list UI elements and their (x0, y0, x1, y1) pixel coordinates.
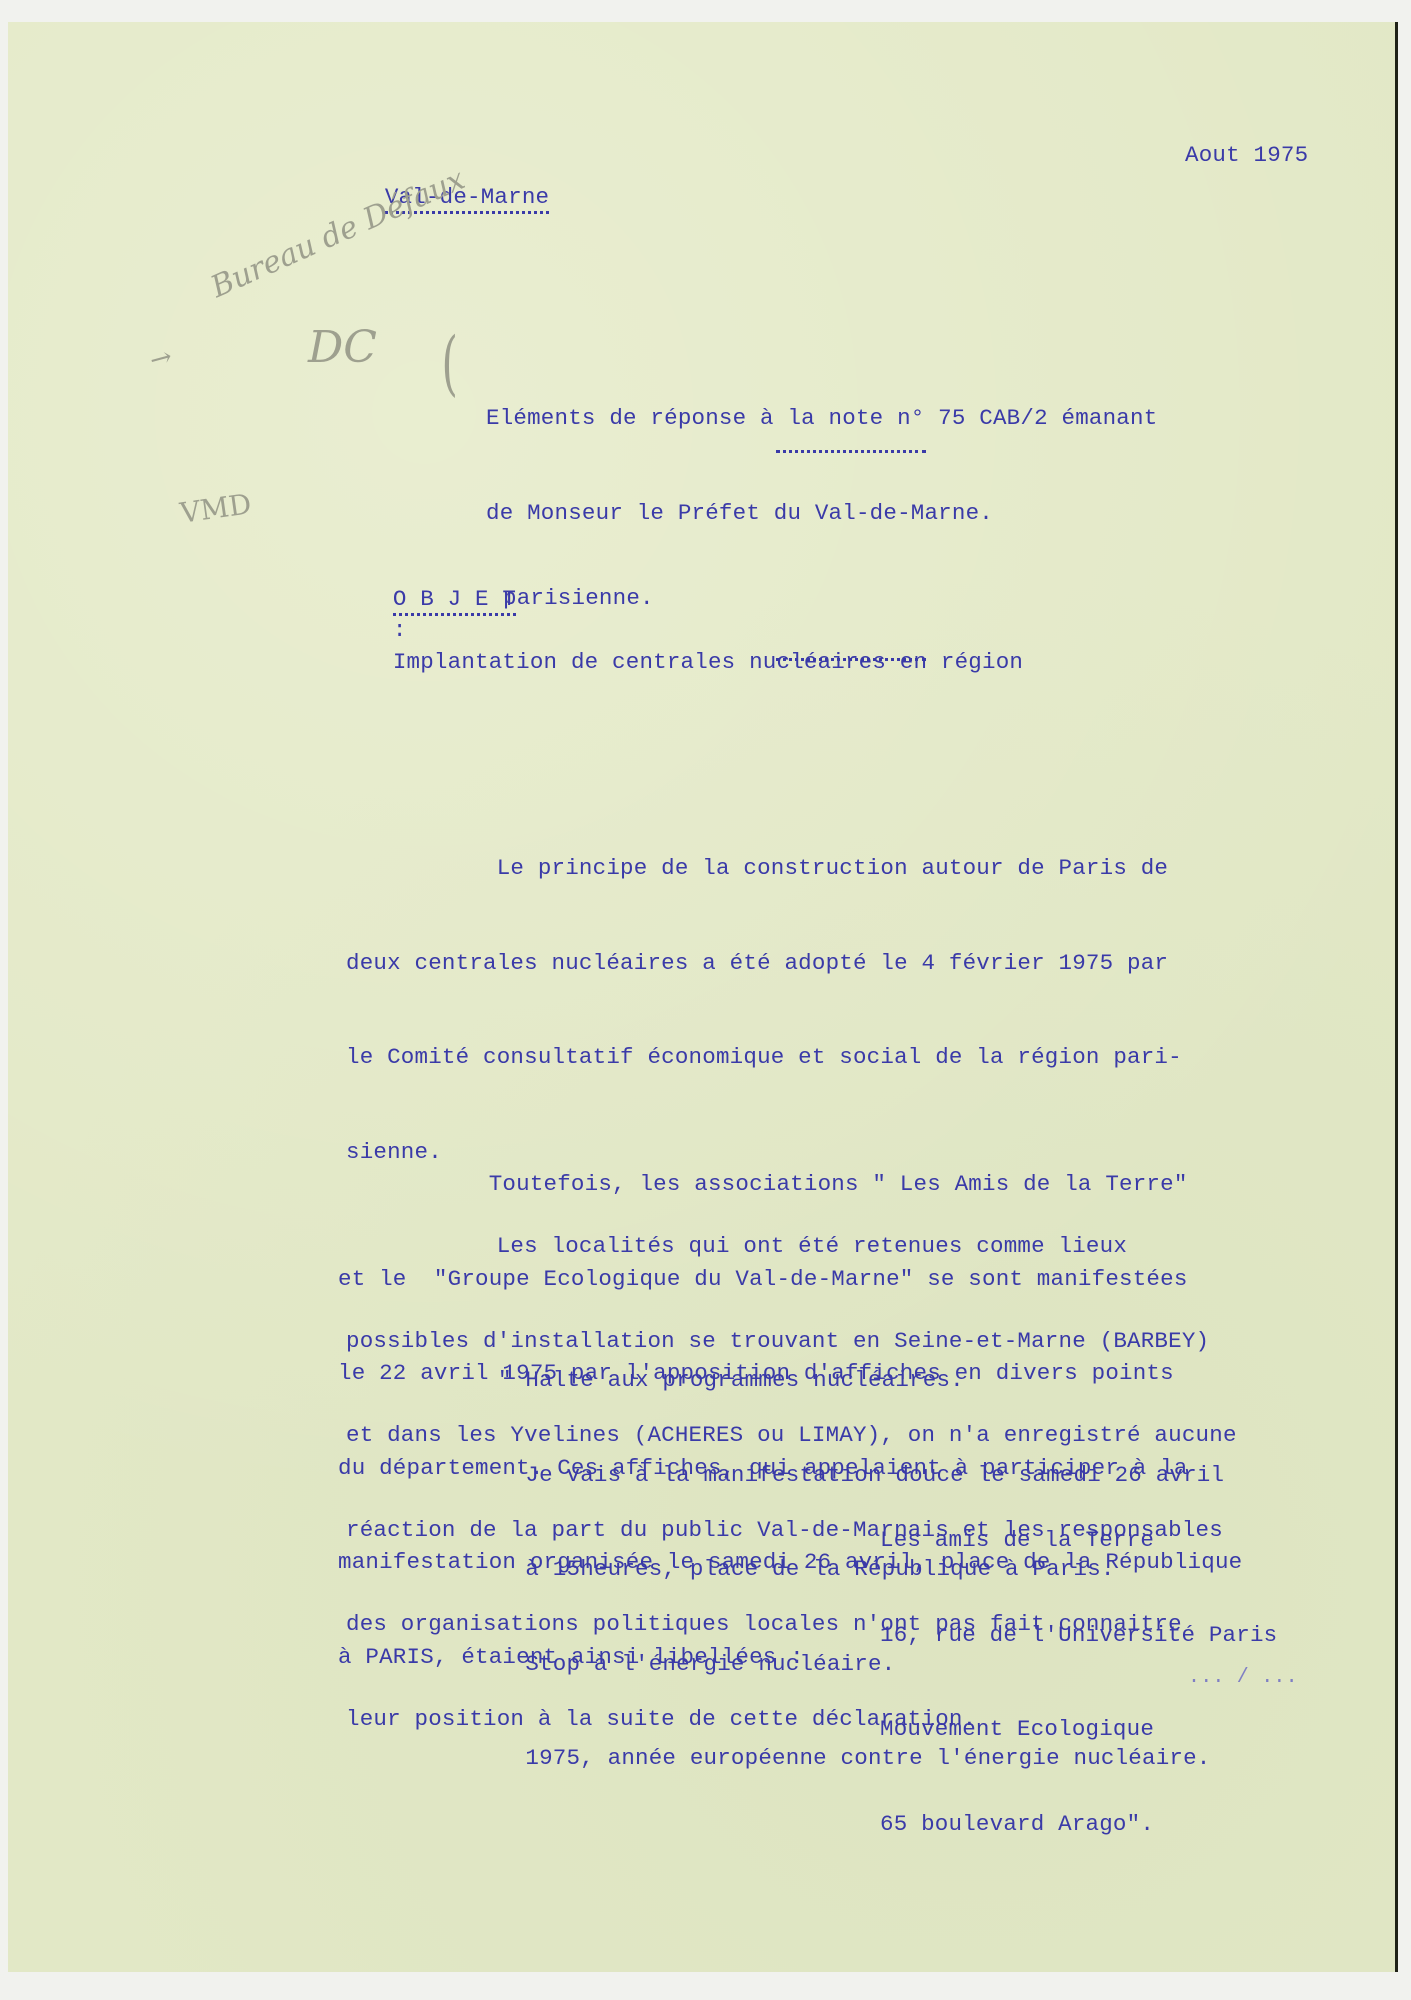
separator-2 (776, 658, 926, 661)
reference-line-2: de Monseur le Préfet du Val-de-Marne. (486, 498, 1157, 530)
paragraph-1-line: le Comité consultatif économique et soci… (346, 1042, 1237, 1074)
subject-block: O B J E T : Implantation de centrales nu… (338, 552, 1023, 710)
pencil-arrow-icon: → (146, 342, 175, 377)
reference-line-1: Eléments de réponse à la note n° 75 CAB/… (486, 403, 1157, 435)
signature-line: Mouvement Ecologique (880, 1714, 1277, 1746)
paragraph-3-line: et le "Groupe Ecologique du Val-de-Marne… (338, 1264, 1242, 1296)
paragraph-1-line: Le principe de la construction autour de… (346, 853, 1237, 885)
continuation-marker: ... / ... (1188, 1662, 1298, 1694)
paragraph-3-line: Toutefois, les associations " Les Amis d… (338, 1169, 1242, 1201)
subject-line-2: parisienne. (503, 583, 654, 615)
document-page: Val-de-Marne Aout 1975 Bureau de Défaux … (8, 22, 1398, 1972)
pencil-bracket: ( (441, 322, 457, 404)
signature-line: Les amis de la Terre (880, 1525, 1277, 1557)
poster-quote-line: " Halte aux programmes nucléaires. (498, 1365, 1224, 1397)
paragraph-1-line: deux centrales nucléaires a été adopté l… (346, 948, 1237, 980)
separator-1 (776, 450, 926, 453)
signature-line: 65 boulevard Arago". (880, 1809, 1277, 1841)
signature-line: 16, rue de l'Université Paris (880, 1620, 1277, 1652)
pencil-note-dc: DC (308, 322, 377, 373)
subject-label: O B J E T (393, 586, 516, 616)
subject-line-1: Implantation de centrales nucléaires en … (393, 649, 1023, 675)
pencil-initials: VMD (178, 487, 253, 530)
date: Aout 1975 (1185, 140, 1308, 172)
subject-separator: : (393, 617, 407, 643)
